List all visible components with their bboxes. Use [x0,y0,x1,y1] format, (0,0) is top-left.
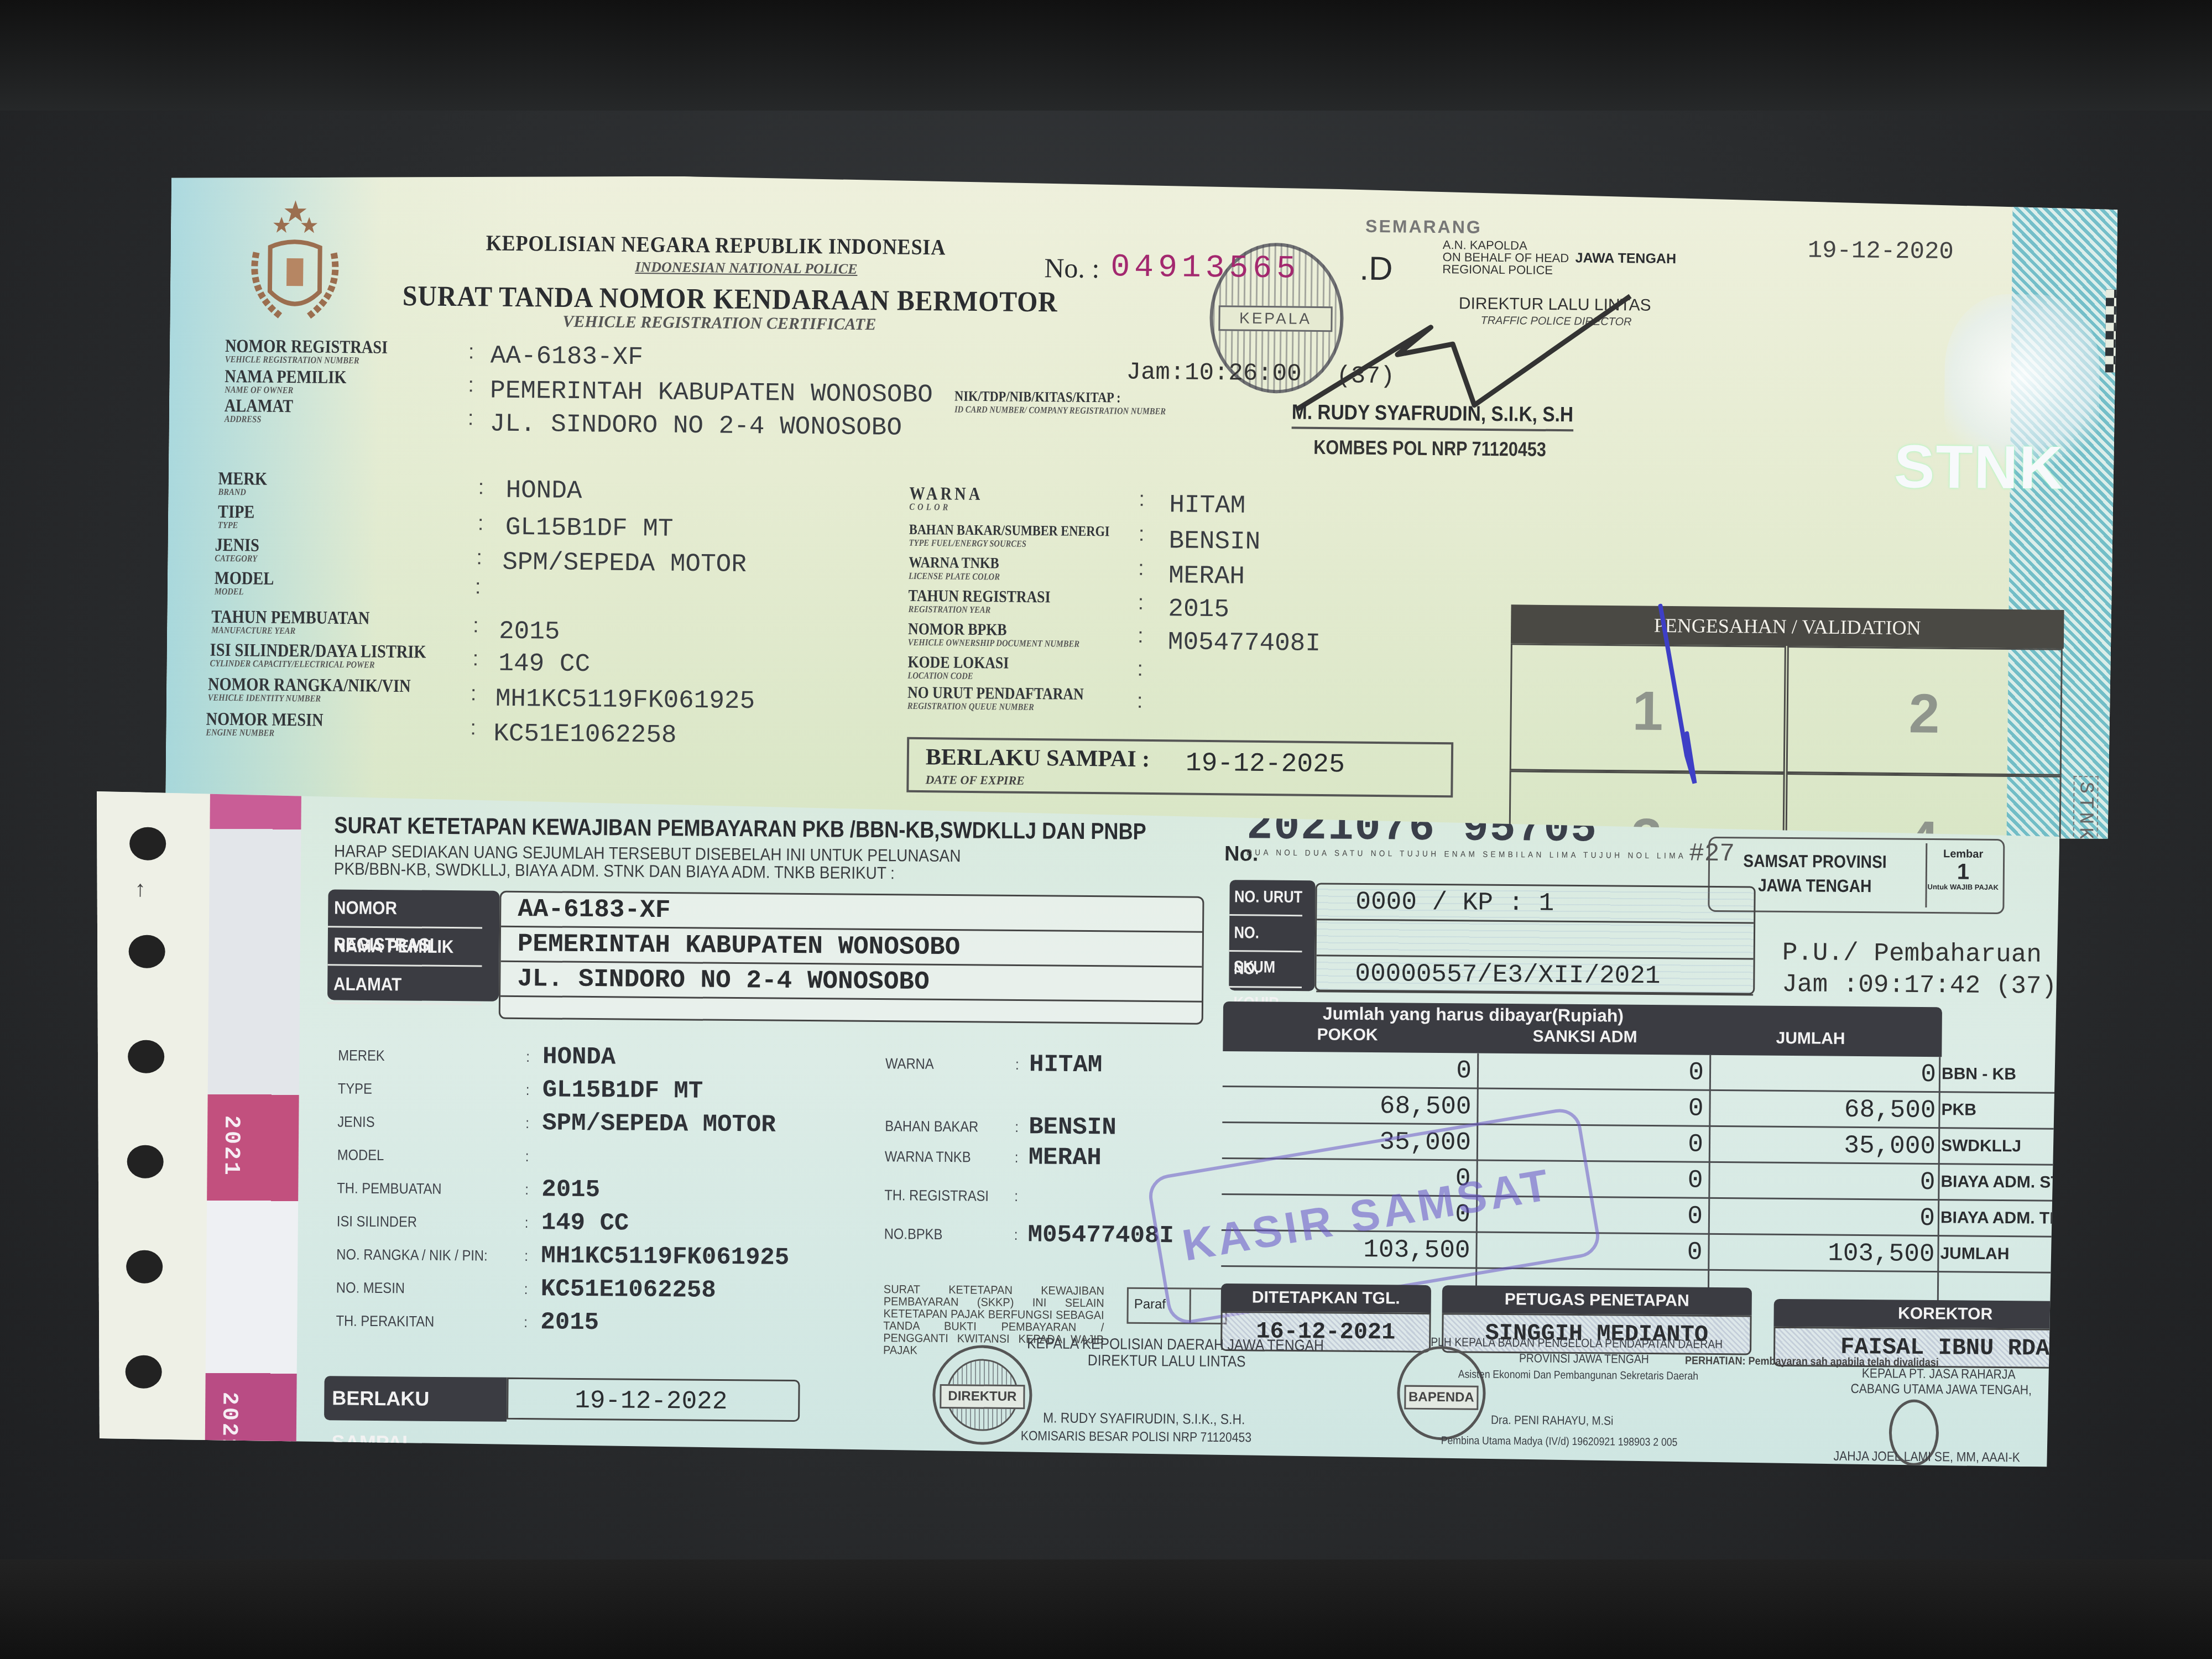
police-signature-block: DIREKTUR KEPALA KEPOLISIAN DAERAH JAWA T… [932,1323,1409,1459]
field-label-kode-lokasi: KODE LOKASILOCATION CODE [907,654,1009,682]
vehicle-label: MODEL [337,1146,384,1164]
field-label-nama-pemilik: NAMA PEMILIKNAME OF OWNER [225,368,346,396]
receipt-expiry: BERLAKU SAMPAI 19-12-2022 [324,1376,806,1424]
colon: : [525,1115,529,1132]
qr-code-icon [2105,290,2189,373]
field-value-warna-tnkb: MERAH [1168,561,1245,591]
field-label-tahun-registrasi: TAHUN REGISTRASIREGISTRATION YEAR [908,588,1050,615]
colon: : [524,1314,528,1331]
field-value-nomor-bpkb: M05477408I [1168,628,1321,658]
bapenda-signature-block: BAPENDA PLH KEPALA BADAN PENGELOLA PENDA… [1396,1335,1818,1471]
column-pokok: POKOK [1317,1025,1378,1045]
bapenda-seal-icon: BAPENDA [1397,1346,1486,1441]
reference-values: 0000 / KP : 1 00000557/E3/XII/2021 [1314,883,1756,994]
colon: : [524,1248,528,1265]
vehicle-label: JENIS [337,1113,375,1131]
vehicle-value: MERAH [1029,1144,1102,1172]
field-value-tipe: GL15B1DF MT [505,513,674,544]
field-label-isi-silinder: ISI SILINDER/DAYA LISTRIKCYLINDER CAPACI… [210,642,426,671]
field-value-nomor-registrasi: AA-6183-XF [491,342,644,372]
expiry-date: 19-12-2025 [1186,749,1345,780]
service-type: P.U./ Pembaharuan [1782,938,2042,969]
receipt-expiry-date: 19-12-2022 [507,1378,800,1422]
issue-sequence: (37) [1336,362,1395,390]
vehicle-value: BENSIN [1029,1113,1117,1141]
payment-sanksi: 0 [1687,1238,1703,1267]
ref-value-no-skum [1317,920,1754,959]
field-label-tipe: TIPETYPE [218,504,255,531]
field-value-tahun-registrasi: 2015 [1168,594,1229,624]
field-label-jenis: JENISCATEGORY [215,537,259,564]
identity-value-plate: AA-6183-XF [501,893,1202,933]
pen-signature-icon [1647,601,1710,789]
service-time: Jam :09:17:42 (37) [1782,970,2057,1001]
field-value-isi-silinder: 149 CC [498,649,590,679]
field-label-no-urut: NO URUT PENDAFTARANREGISTRATION QUEUE NU… [907,685,1084,713]
vehicle-label: TYPE [338,1080,372,1097]
field-label-nomor-registrasi: NOMOR REGISTRASIVEHICLE REGISTRATION NUM… [225,338,388,366]
sig-title: KEPALA PT. JASA RAHARJA [1862,1366,2016,1383]
field-label-nomor-rangka: NOMOR RANGKA/NIK/VINVEHICLE IDENTITY NUM… [208,676,411,705]
payment-sanksi: 0 [1688,1058,1704,1087]
ref-label: NO. URUT [1229,880,1302,916]
field-value-nama-pemilik: PEMERINTAH KABUPATEN WONOSOBO [490,377,933,410]
column-jumlah: JUMLAH [1776,1029,1845,1048]
field-value-nomor-rangka: MH1KC5119FK061925 [495,685,755,716]
vehicle-value: 2015 [540,1308,599,1337]
column-sanksi: SANKSI ADM [1532,1027,1637,1046]
colon: : [526,1048,530,1066]
expiry-box: BERLAKU SAMPAI : DATE OF EXPIRE 19-12-20… [906,737,1453,797]
perforation-hole [129,827,166,860]
payment-row-label: BIAYA ADM. TNKB [1940,1208,2086,1228]
arrow-up-icon: ↑ [134,877,145,902]
vehicle-label: TH. PEMBUATAN [337,1180,441,1197]
hologram-year: 2021 [218,1115,243,1177]
identity-value-address: JL. SINDORO NO 2-4 WONOSOBO [500,962,1202,1003]
identity-labels: NOMOR REGISTRASI NAMA PEMILIK ALAMAT [327,889,500,1001]
notice-line: PKB/BBN-KB, SWDKLLJ, BIAYA ADM. STNK DAN… [334,860,961,883]
colon: : [1015,1149,1019,1166]
payment-sanksi: 0 [1688,1094,1704,1123]
field-label-nomor-bpkb: NOMOR BPKBVEHICLE OWNERSHIP DOCUMENT NUM… [908,621,1080,649]
skkp-tax-receipt: ↑ 2021 2021 SURAT KETETAPAN KEWAJIBAN PE… [92,788,2060,1467]
colon: : [1015,1056,1019,1073]
field-label-model: MODELMODEL [215,570,274,597]
payment-table-header: Jumlah yang harus dibayar(Rupiah) POKOK … [1223,1001,1942,1057]
sig-name: M. RUDY SYAFIRUDIN, S.I.K., S.H. [1043,1409,1245,1428]
perforation-hole [127,1145,163,1178]
sig-rank: NPP 719817099 [1888,1468,1974,1484]
expiry-label: BERLAKU SAMPAI : [926,744,1150,773]
payment-row-label: JUMLAH [1940,1244,2009,1264]
payment-jumlah: 103,500 [1828,1239,1935,1269]
payment-jumlah: 68,500 [1844,1095,1936,1125]
doc-number-label: No. : [1044,252,1100,284]
payment-jumlah: 0 [1920,1168,1936,1197]
payment-jumlah: 0 [1919,1204,1935,1233]
colon: : [526,1082,530,1099]
vehicle-label: TH. PERAKITAN [336,1312,434,1330]
sig-subtitle: DIREKTUR LALU LINTAS [1088,1352,1246,1370]
dashboard-top-background [0,0,2212,111]
field-value-alamat: JL. SINDORO NO 2-4 WONOSOBO [489,410,902,442]
ref-label: NO. KOHIR [1229,952,1302,988]
ref-value-no-kohir: 00000557/E3/XII/2021 [1316,956,1753,995]
expiry-label-en: DATE OF EXPIRE [925,773,1025,788]
sig-title: PLH KEPALA BADAN PENGELOLA PENDAPATAN DA… [1431,1335,1723,1352]
ref-value-no-urut: 0000 / KP : 1 [1317,884,1754,924]
ref-label: NO. SKUM [1229,916,1302,952]
field-label-tahun-pembuatan: TAHUN PEMBUATANMANUFACTURE YEAR [211,609,370,637]
sheet-number: Lembar 1 Untuk WAJIB PAJAK [1925,843,1999,908]
field-label-merk: MERKBRAND [218,471,267,498]
stnk-side-mark: STNK [2073,776,2098,848]
sig-title: KEPALA KEPOLISIAN DAERAH JAWA TENGAH [1027,1334,1324,1354]
document-title: SURAT TANDA NOMOR KENDARAAN BERMOTOR [403,280,1058,319]
agency-name: KEPOLISIAN NEGARA REPUBLIK INDONESIA [486,229,946,260]
field-value-tahun-pembuatan: 2015 [499,617,560,646]
colon: : [1014,1227,1018,1244]
issue-date: 19-12-2020 [1808,237,1954,266]
vehicle-label: WARNA TNKB [885,1148,971,1166]
field-label-warna-tnkb: WARNA TNKBLICENSE PLATE COLOR [909,555,1000,582]
validation-cell-2: 2 [1786,646,2063,776]
vehicle-value: 149 CC [541,1209,629,1237]
perforation-hole [128,1040,164,1073]
issue-time: Jam:10:26:00 [1126,359,1301,388]
payment-sanksi: 0 [1687,1202,1703,1231]
province: JAWA TENGAH [1575,250,1676,267]
payment-title: Jumlah yang harus dibayar(Rupiah) [1323,1003,1624,1026]
vehicle-value: 2015 [541,1176,600,1204]
dashboard-bottom-background [0,1559,2212,1659]
field-value-merk: HONDA [505,476,582,505]
police-crest-icon [236,197,353,325]
vehicle-value: GL15B1DF MT [542,1076,703,1105]
identity-values: AA-6183-XF PEMERINTAH KABUPATEN WONOSOBO… [499,891,1204,1025]
payment-row-label: BIAYA ADM. STNK [1940,1172,2085,1192]
field-label-nik: NIK/TDP/NIB/KITAS/KITAP :ID CARD NUMBER/… [954,388,1166,417]
vehicle-value: HONDA [542,1043,615,1071]
sig-subtitle: Asisten Ekonomi Dan Pembangunan Sekretar… [1458,1368,1699,1383]
doc-number: 04913565 [1110,249,1300,287]
payment-row-label: BBN - KB [1942,1065,2016,1084]
vehicle-value: HITAM [1029,1051,1102,1079]
colon: : [1014,1188,1018,1205]
vehicle-label: MEREK [338,1047,385,1065]
field-value-bahan-bakar: BENSIN [1168,526,1260,556]
sig-rank: Pembina Utama Madya (IV/d) 19620921 1989… [1441,1434,1678,1449]
sig-name: Dra. PENI RAHAYU, M.Si [1491,1413,1613,1428]
assessor-label: PETUGAS PENETAPAN [1442,1285,1752,1315]
receipt-title: SURAT KETETAPAN KEWAJIBAN PEMBAYARAN PKB… [334,812,1146,845]
identity-label: ALAMAT [327,966,482,1005]
validation-title: PENGESAHAN / VALIDATION [1511,604,2064,649]
field-label-alamat: ALAMATADDRESS [225,398,293,425]
field-value-nomor-mesin: KC51E1062258 [493,719,677,750]
sig-subtitle: PROVINSI JAWA TENGAH [1519,1351,1649,1366]
vehicle-label: NO.BPKB [884,1225,943,1243]
field-value-warna: HITAM [1169,491,1246,520]
colon: : [1015,1119,1019,1136]
document-title-en: VEHICLE REGISTRATION CERTIFICATE [562,312,876,334]
payment-pokok: 68,500 [1380,1092,1472,1121]
hologram-year: 2021 [216,1392,242,1454]
sig-name: JAHJA JOEL LAMI SE, MM, AAAI-K [1833,1449,2020,1466]
vehicle-value: SPM/SEPEDA MOTOR [542,1109,776,1139]
vehicle-label: NO. MESIN [336,1279,405,1297]
perforation-hole [128,935,165,968]
an-kapolda-line: REGIONAL POLICE [1442,263,1569,276]
payment-jumlah: 35,000 [1844,1131,1936,1161]
field-label-bahan-bakar: BAHAN BAKAR/SUMBER ENERGITYPE FUEL/ENERG… [909,521,1110,550]
stnk-certificate: KEPOLISIAN NEGARA REPUBLIK INDONESIA IND… [165,171,2118,846]
vehicle-value: MH1KC5119FK061925 [541,1242,789,1272]
perforation-hole [125,1355,161,1389]
colon: : [525,1148,529,1165]
vehicle-value: KC51E1062258 [541,1275,716,1304]
reference-labels: NO. URUT NO. SKUM NO. KOHIR [1229,880,1316,991]
colon: : [525,1214,529,1232]
sig-subtitle: CABANG UTAMA JAWA TENGAH, [1850,1381,2032,1399]
receipt-number-words: DUA NOL DUA SATU NOL TUJUH ENAM SEMBILAN… [1246,848,1686,860]
perforation-hole [126,1250,163,1284]
vehicle-value: M05477408I [1028,1221,1174,1250]
payment-jumlah: 0 [1921,1060,1936,1089]
direktur-seal-icon: DIREKTUR [932,1345,1032,1445]
payment-sanksi: 0 [1688,1130,1703,1159]
field-value-jenis: SPM/SEPEDA MOTOR [502,548,747,579]
stamp-city: SEMARANG [1365,216,1482,238]
corrector-label: KOREKTOR [1773,1299,2116,1329]
receipt-notice: HARAP SEDIAKAN UANG SEJUMLAH TERSEBUT DI… [334,842,961,883]
identity-label: NAMA PEMILIK [327,927,482,967]
field-label-warna: WARNACOLOR [909,486,983,513]
agency-name-en: INDONESIAN NATIONAL POLICE [635,259,857,278]
colon: : [524,1281,528,1298]
vehicle-label: WARNA [885,1055,934,1073]
vehicle-label: BAHAN BAKAR [885,1118,978,1135]
stnk-logo: STNK [1893,431,2064,503]
owner-identity-box: NOMOR REGISTRASI NAMA PEMILIK ALAMAT AA-… [327,889,1202,1023]
receipt-expiry-label: BERLAKU SAMPAI [324,1376,507,1422]
identity-label: NOMOR REGISTRASI [328,889,483,928]
payment-sanksi: 0 [1688,1166,1703,1195]
identity-value-owner: PEMERINTAH KABUPATEN WONOSOBO [501,927,1202,968]
payment-row-label: SWDKLLJ [1941,1136,2021,1156]
payment-row-label: PKB [1941,1100,1976,1119]
payment-pokok: 0 [1456,1056,1472,1085]
officer-rank: KOMBES POL NRP 71120453 [1313,436,1546,461]
field-label-nomor-mesin: NOMOR MESINENGINE NUMBER [206,711,324,739]
colon: : [525,1181,529,1198]
vehicle-label: TH. REGISTRASI [884,1187,989,1204]
jasaraharja-signature-block: KEPALA PT. JASA RAHARJA CABANG UTAMA JAW… [1828,1366,2138,1501]
vehicle-label: NO. RANGKA / NIK / PIN: [336,1246,488,1264]
sig-rank: KOMISARIS BESAR POLISI NRP 71120453 [1021,1428,1251,1446]
reference-numbers-box: NO. URUT NO. SKUM NO. KOHIR 0000 / KP : … [1229,880,1761,1011]
assessed-date-label: DITETAPKAN TGL. [1221,1284,1431,1313]
on-behalf-block: A.N. KAPOLDA ON BEHALF OF HEAD REGIONAL … [1442,239,1569,276]
officer-name: M. RUDY SYAFRUDIN, S.I.K, S.H [1292,400,1574,431]
vehicle-label: ISI SILINDER [337,1213,417,1230]
